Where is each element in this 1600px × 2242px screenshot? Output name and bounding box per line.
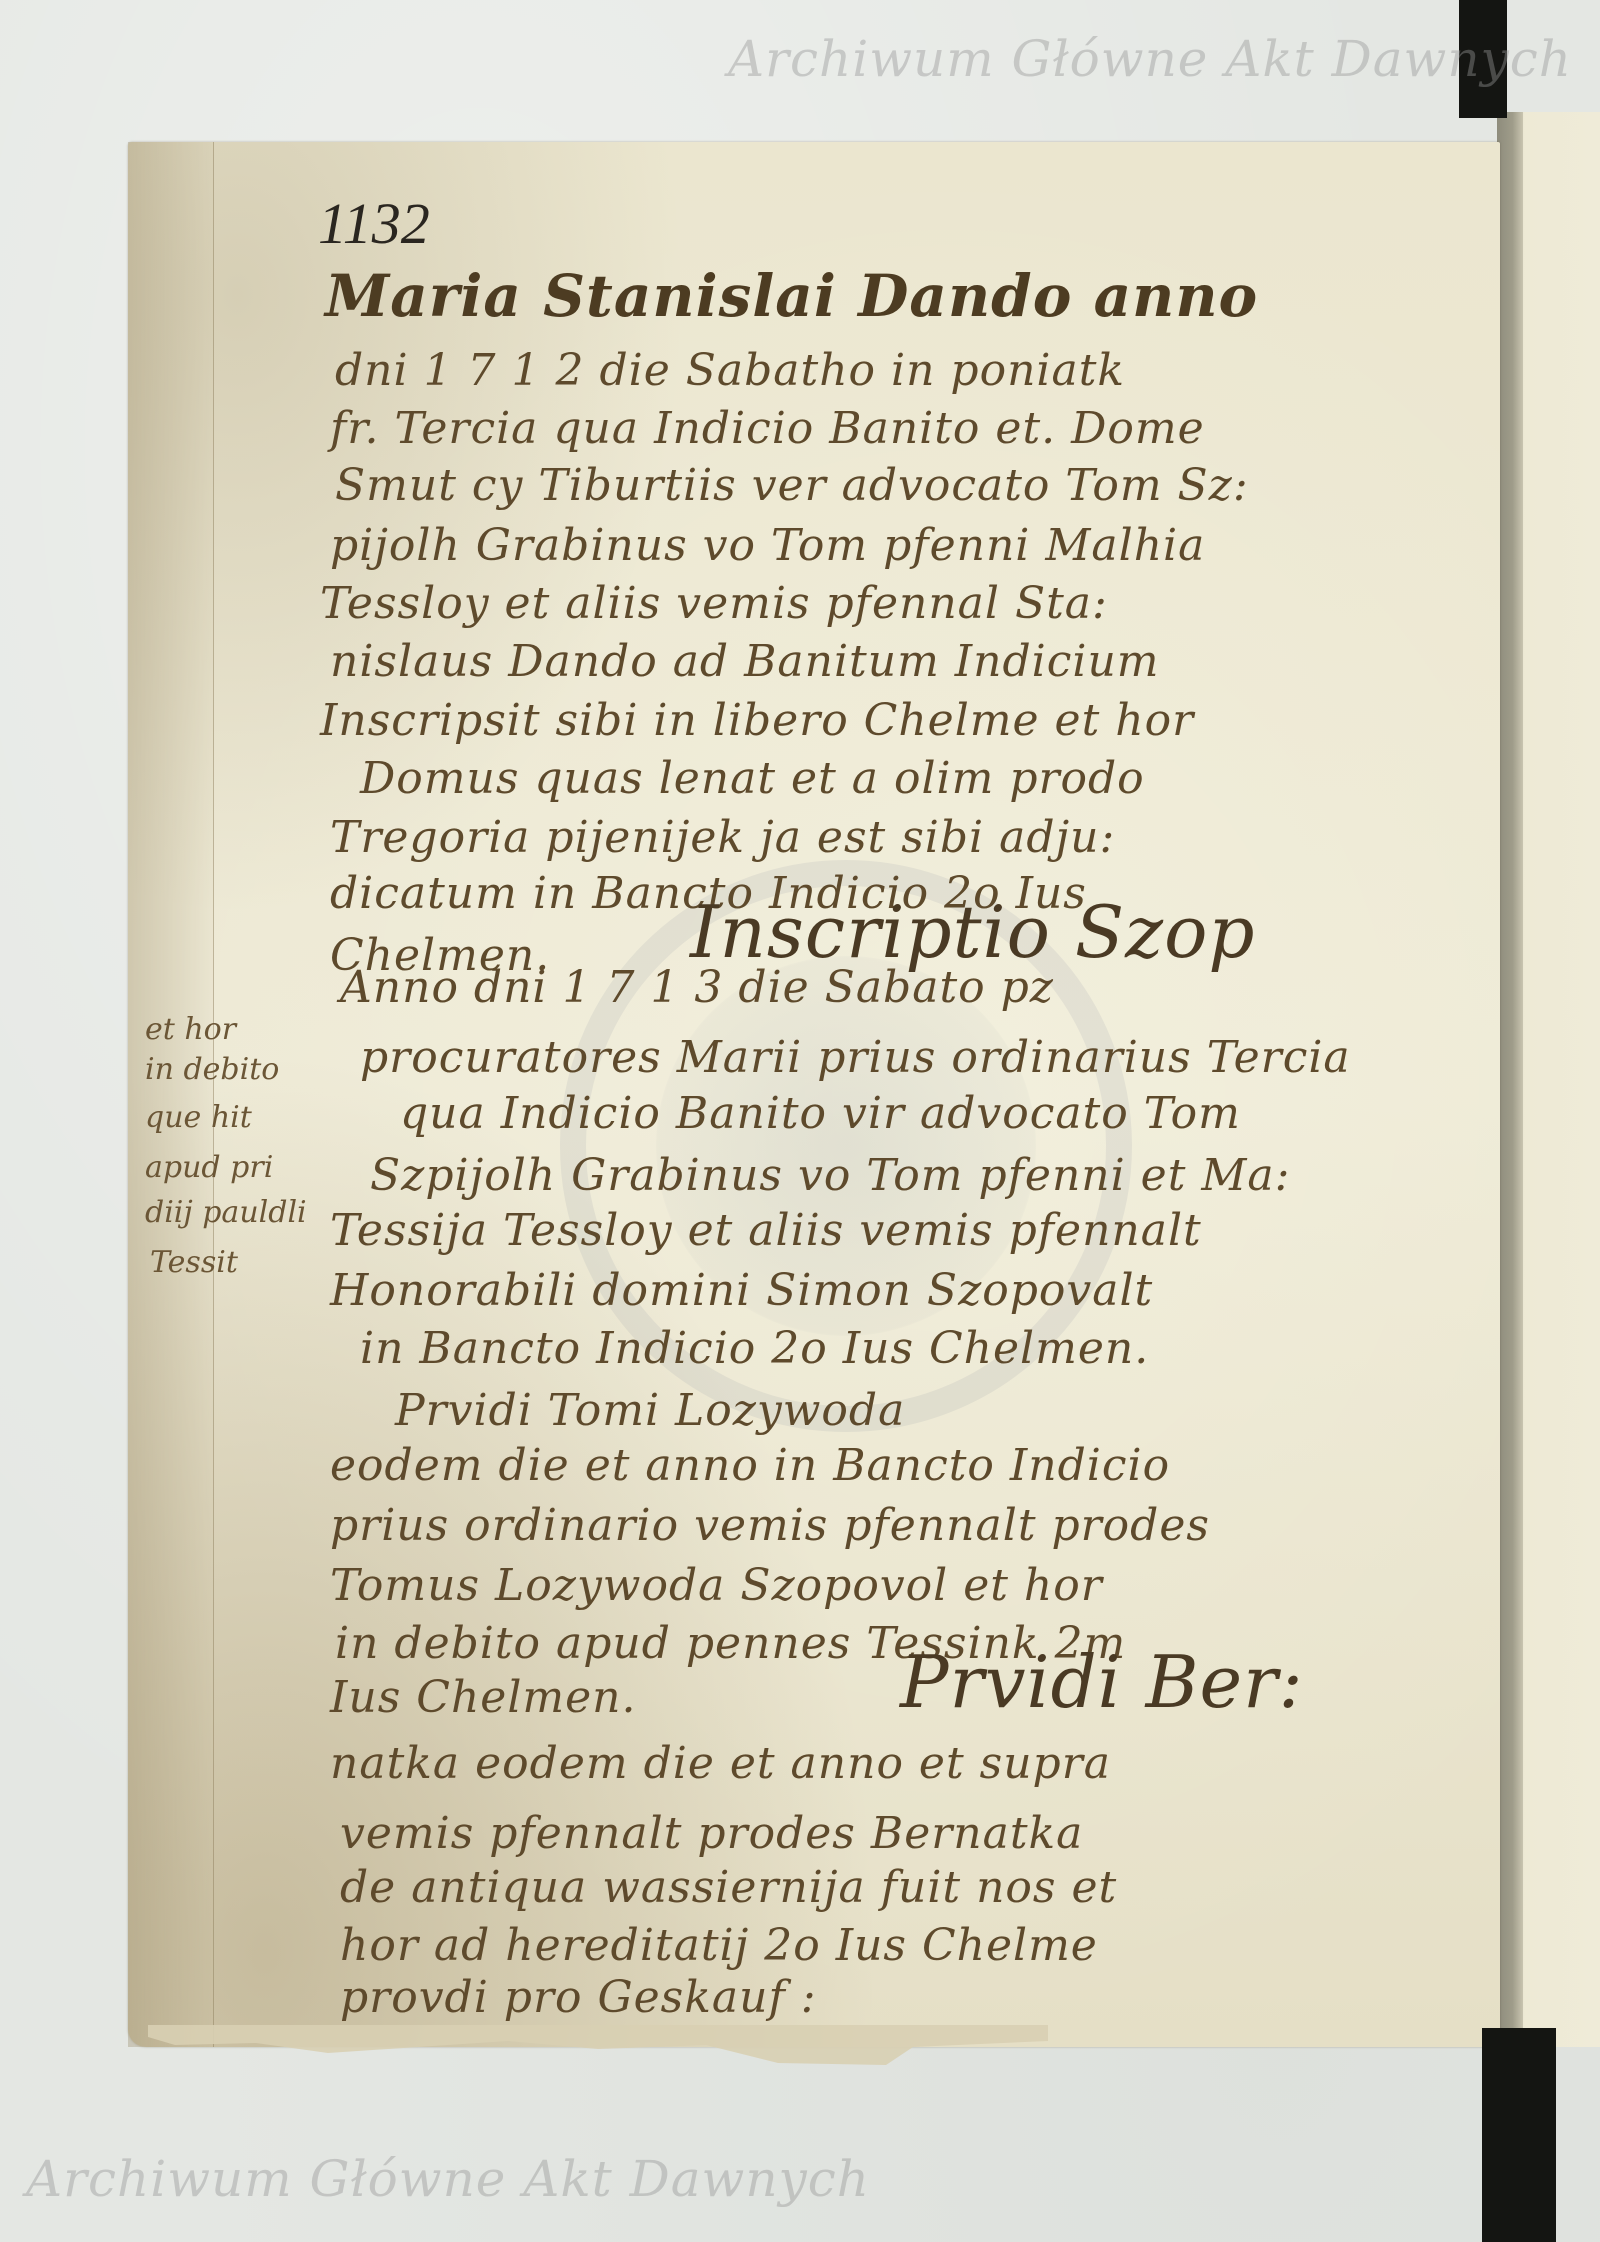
handwritten-line: Anno dni 1 7 1 3 die Sabato pz [340,962,1054,1013]
page-gutter [1497,112,1523,2037]
margin-note: et hor [145,1012,236,1047]
handwritten-line: Ius Chelmen. [330,1672,637,1723]
handwritten-line: Tessija Tessloy et aliis vemis pfennalt [330,1205,1202,1256]
handwritten-line: pijolh Grabinus vo Tom pfenni Malhia [330,520,1205,571]
archive-watermark-top: Archiwum Główne Akt Dawnych [728,30,1572,88]
folio-number: 1132 [318,190,430,257]
handwritten-line: procuratores Marii prius ordinarius Terc… [360,1032,1351,1083]
handwritten-line: Inscripsit sibi in libero Chelme et hor [320,695,1194,746]
handwritten-line: Domus quas lenat et a olim prodo [360,753,1145,804]
handwritten-line: Tessloy et aliis vemis pfennal Sta: [320,578,1108,629]
handwritten-line: vemis pfennalt prodes Bernatka [340,1808,1083,1859]
leaf-fold-shadow [128,142,214,2047]
handwritten-line: natka eodem die et anno et supra [330,1738,1111,1789]
handwritten-line: provdi pro Geskauf : [340,1972,817,2023]
handwritten-line: Honorabili domini Simon Szopovalt [330,1265,1153,1316]
handwritten-line: Prvidi Tomi Lozywoda [395,1385,905,1436]
handwritten-line: Prvidi Ber: [900,1640,1304,1724]
handwritten-line: fr. Tercia qua Indicio Banito et. Dome [330,403,1205,454]
margin-note: que hit [145,1100,252,1135]
binding-ribbon-bottom [1482,2028,1556,2242]
handwritten-line: prius ordinario vemis pfennalt prodes [330,1500,1210,1551]
handwritten-line: dni 1 7 1 2 die Sabatho in poniatk [335,345,1125,396]
handwritten-line: eodem die et anno in Bancto Indicio [330,1440,1170,1491]
handwritten-line: in Bancto Indicio 2o Ius Chelmen. [360,1323,1149,1374]
handwritten-line: Tregoria pijenijek ja est sibi adju: [330,812,1115,863]
handwritten-line: Smut cy Tiburtiis ver advocato Tom Sz: [335,460,1249,511]
handwritten-line: qua Indicio Banito vir advocato Tom [400,1088,1241,1139]
handwritten-line: de antiqua wassiernija fuit nos et [340,1862,1117,1913]
archive-watermark-bottom: Archiwum Główne Akt Dawnych [26,2150,870,2208]
margin-note: diij pauldli [145,1195,307,1230]
handwritten-line: nislaus Dando ad Banitum Indicium [330,636,1160,687]
margin-note: Tessit [150,1245,238,1280]
handwritten-line: Szpijolh Grabinus vo Tom pfenni et Ma: [370,1150,1291,1201]
handwritten-line: Tomus Lozywoda Szopovol et hor [330,1560,1103,1611]
handwritten-line: Maria Stanislai Dando anno [325,262,1258,330]
margin-note: in debito [145,1052,279,1087]
handwritten-line: hor ad hereditatij 2o Ius Chelme [340,1920,1098,1971]
margin-note: apud pri [145,1150,273,1185]
